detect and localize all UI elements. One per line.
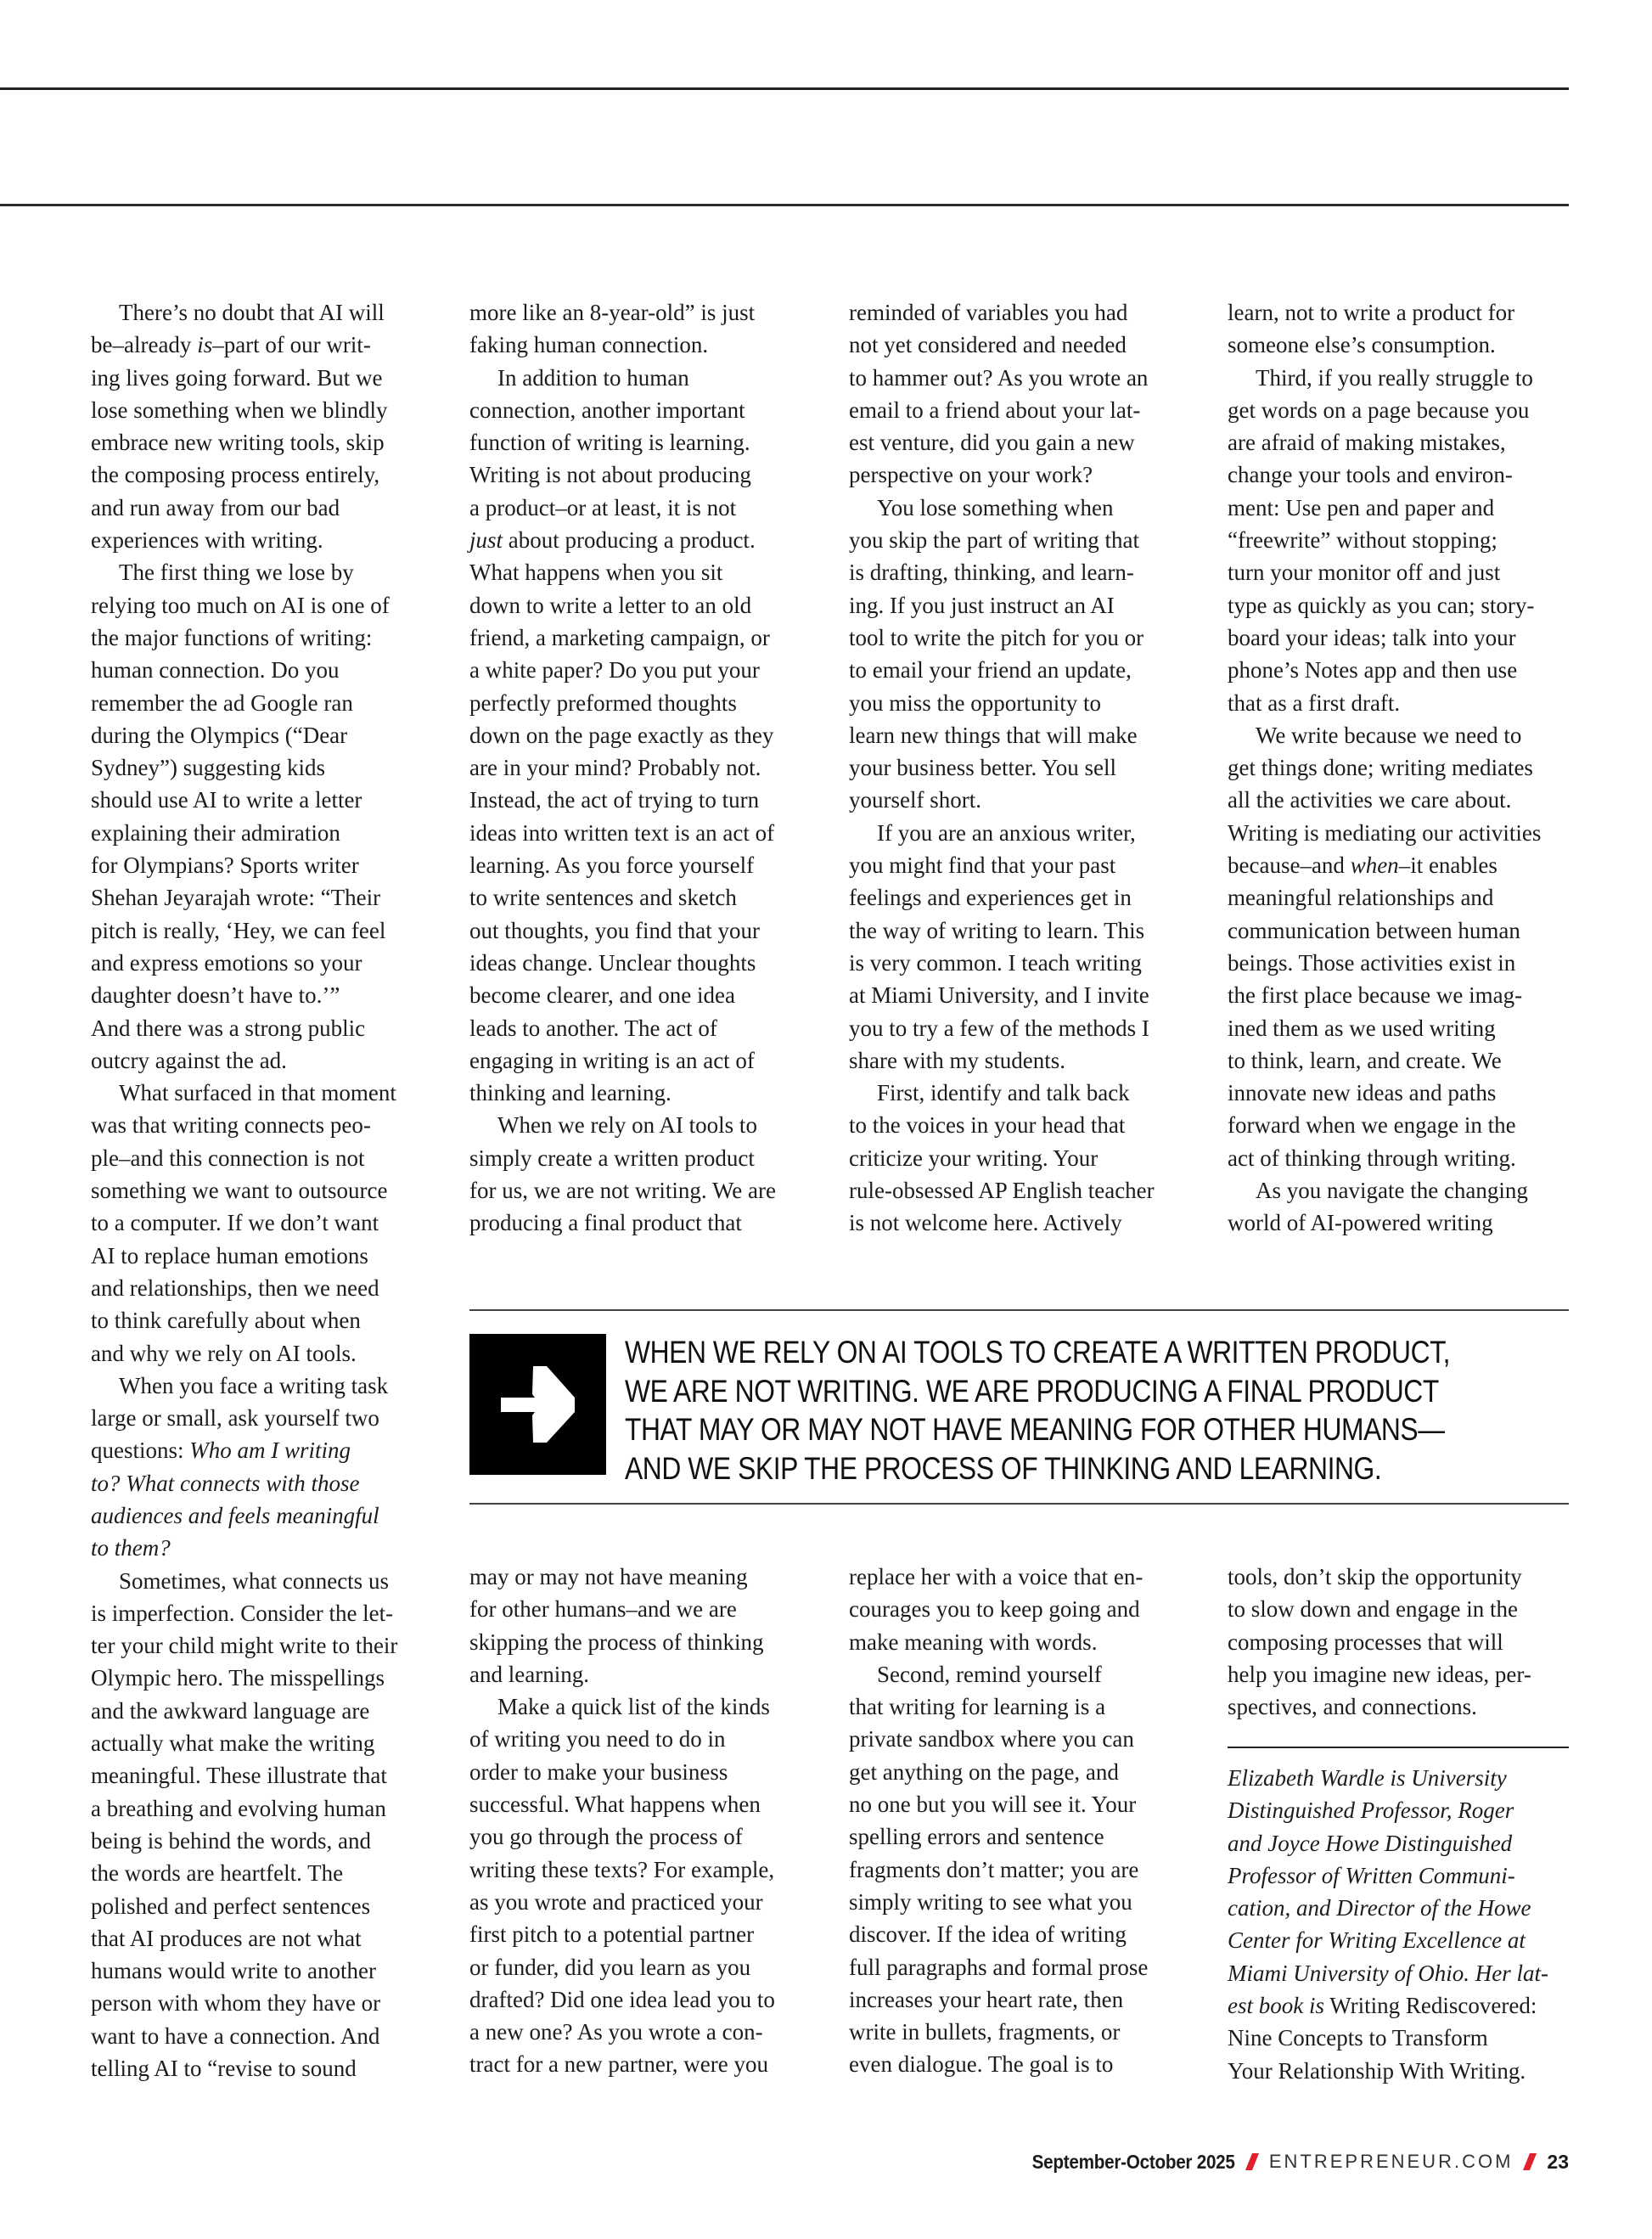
text-line: was that writing connects peo- <box>91 1109 426 1141</box>
article-column-1: There’s no doubt that AI willbe–already … <box>91 296 426 2084</box>
text-line: to a computer. If we don’t want <box>91 1207 426 1239</box>
text-line: are in your mind? Probably not. <box>469 751 805 784</box>
text-line: explaining their admiration <box>91 817 426 849</box>
text-line: daughter doesn’t have to.’” <box>91 979 426 1011</box>
text-line: increases your heart rate, then <box>849 1983 1184 2016</box>
text-line: human connection. Do you <box>91 654 426 686</box>
text-line: Shehan Jeyarajah wrote: “Their <box>91 881 426 914</box>
text-line: Sydney”) suggesting kids <box>91 751 426 784</box>
text-line: In addition to human <box>469 362 805 394</box>
page-number: 23 <box>1547 2151 1569 2174</box>
text-line: to write sentences and sketch <box>469 881 805 914</box>
arrow-right-icon <box>469 1334 606 1475</box>
text-line: polished and perfect sentences <box>91 1890 426 1922</box>
text-line: Third, if you really struggle to <box>1228 362 1563 394</box>
issue-date: September-October 2025 <box>1032 2151 1235 2174</box>
text-line: to them? <box>91 1532 426 1564</box>
text-line: that as a first draft. <box>1228 687 1563 719</box>
text-line: friend, a marketing campaign, or <box>469 622 805 654</box>
text-line: The first thing we lose by <box>91 556 426 588</box>
text-line: to think carefully about when <box>91 1304 426 1336</box>
text-line: When you face a writing task <box>91 1370 426 1402</box>
text-line: forward when we engage in the <box>1228 1109 1563 1141</box>
text-line: someone else’s consumption. <box>1228 329 1563 361</box>
text-line: learning. As you force yourself <box>469 849 805 881</box>
pull-quote-rule-top <box>469 1309 1569 1311</box>
text-line: the words are heartfelt. The <box>91 1857 426 1889</box>
text-line: at Miami University, and I invite <box>849 979 1184 1011</box>
text-line: private sandbox where you can <box>849 1723 1184 1755</box>
text-line: discover. If the idea of writing <box>849 1918 1184 1950</box>
text-line: Center for Writing Excellence at <box>1228 1924 1563 1956</box>
text-line: outcry against the ad. <box>91 1044 426 1077</box>
text-line: get words on a page because you <box>1228 394 1563 426</box>
text-line: turn your monitor off and just <box>1228 556 1563 588</box>
text-line: perfectly preformed thoughts <box>469 687 805 719</box>
text-line: Nine Concepts to Transform <box>1228 2022 1563 2054</box>
text-line: function of writing is learning. <box>469 426 805 458</box>
text-line: est venture, did you gain a new <box>849 426 1184 458</box>
text-line: composing processes that will <box>1228 1626 1563 1658</box>
text-line: engaging in writing is an act of <box>469 1044 805 1077</box>
text-line: to? What connects with those <box>91 1467 426 1499</box>
text-line: ment: Use pen and paper and <box>1228 492 1563 524</box>
text-line: leads to another. The act of <box>469 1012 805 1044</box>
text-line: ideas change. Unclear thoughts <box>469 947 805 979</box>
text-line: you might find that your past <box>849 849 1184 881</box>
text-line: to email your friend an update, <box>849 654 1184 686</box>
text-line: make meaning with words. <box>849 1626 1184 1658</box>
text-line: out thoughts, you find that your <box>469 914 805 947</box>
text-line: Writing is not about producing <box>469 458 805 491</box>
pull-quote-line: WE ARE NOT WRITING. WE ARE PRODUCING A F… <box>625 1372 1436 1411</box>
text-line: Elizabeth Wardle is University <box>1228 1762 1563 1794</box>
text-line: yourself short. <box>849 784 1184 816</box>
text-line: actually what make the writing <box>91 1727 426 1759</box>
text-line: to the voices in your head that <box>849 1109 1184 1141</box>
text-line: the first place because we imag- <box>1228 979 1563 1011</box>
pull-quote-text: WHEN WE RELY ON AI TOOLS TO CREATE A WRI… <box>625 1333 1436 1488</box>
text-line: type as quickly as you can; story- <box>1228 589 1563 622</box>
text-line: connection, another important <box>469 394 805 426</box>
text-line: the way of writing to learn. This <box>849 914 1184 947</box>
text-line: a white paper? Do you put your <box>469 654 805 686</box>
text-line: Olympic hero. The misspellings <box>91 1662 426 1694</box>
text-line: be–already is–part of our writ- <box>91 329 426 361</box>
text-line: tool to write the pitch for you or <box>849 622 1184 654</box>
pull-quote-rule-bottom <box>469 1503 1569 1505</box>
text-line: are afraid of making mistakes, <box>1228 426 1563 458</box>
text-line: and run away from our bad <box>91 492 426 524</box>
article-column-3-top: reminded of variables you hadnot yet con… <box>849 296 1184 1240</box>
text-line: full paragraphs and formal prose <box>849 1951 1184 1983</box>
text-line: for Olympians? Sports writer <box>91 849 426 881</box>
text-line: meaningful relationships and <box>1228 881 1563 914</box>
text-line: successful. What happens when <box>469 1788 805 1820</box>
text-line: ined them as we used writing <box>1228 1012 1563 1044</box>
text-line: Second, remind yourself <box>849 1658 1184 1691</box>
text-line: and why we rely on AI tools. <box>91 1337 426 1370</box>
text-line: write in bullets, fragments, or <box>849 2016 1184 2048</box>
text-line: and relationships, then we need <box>91 1272 426 1304</box>
text-line: to hammer out? As you wrote an <box>849 362 1184 394</box>
text-line: communication between human <box>1228 914 1563 947</box>
pull-quote-line: WHEN WE RELY ON AI TOOLS TO CREATE A WRI… <box>625 1333 1436 1372</box>
text-line: the major functions of writing: <box>91 622 426 654</box>
text-line: you go through the process of <box>469 1820 805 1853</box>
text-line: spelling errors and sentence <box>849 1820 1184 1853</box>
text-line: your business better. You sell <box>849 751 1184 784</box>
text-line: may or may not have meaning <box>469 1561 805 1593</box>
text-line: There’s no doubt that AI will <box>91 296 426 329</box>
author-bio: Elizabeth Wardle is UniversityDistinguis… <box>1228 1762 1563 2087</box>
text-line: that AI produces are not what <box>91 1922 426 1955</box>
text-line: Professor of Written Communi- <box>1228 1859 1563 1892</box>
text-line: courages you to keep going and <box>849 1593 1184 1625</box>
pull-quote-icon-box <box>469 1334 606 1475</box>
text-line: you skip the part of writing that <box>849 524 1184 556</box>
text-line: person with whom they have or <box>91 1987 426 2019</box>
text-line: for us, we are not writing. We are <box>469 1174 805 1207</box>
slash-divider-icon <box>1245 2153 1259 2170</box>
text-line: more like an 8-year-old” is just <box>469 296 805 329</box>
text-line: down to write a letter to an old <box>469 589 805 622</box>
text-line: and Joyce Howe Distinguished <box>1228 1827 1563 1859</box>
text-line: Instead, the act of trying to turn <box>469 784 805 816</box>
text-line: a breathing and evolving human <box>91 1792 426 1825</box>
article-column-2-bottom: may or may not have meaningfor other hum… <box>469 1561 805 2081</box>
text-line: all the activities we care about. <box>1228 784 1563 816</box>
text-line: learn, not to write a product for <box>1228 296 1563 329</box>
text-line: innovate new ideas and paths <box>1228 1077 1563 1109</box>
text-line: even dialogue. The goal is to <box>849 2048 1184 2080</box>
text-line: during the Olympics (“Dear <box>91 719 426 751</box>
text-line: as you wrote and practiced your <box>469 1886 805 1918</box>
article-column-2-top: more like an 8-year-old” is justfaking h… <box>469 296 805 1240</box>
text-line: humans would write to another <box>91 1955 426 1987</box>
text-line: just about producing a product. <box>469 524 805 556</box>
text-line: thinking and learning. <box>469 1077 805 1109</box>
text-line: learn new things that will make <box>849 719 1184 751</box>
text-line: email to a friend about your lat- <box>849 394 1184 426</box>
pull-quote-line: THAT MAY OR MAY NOT HAVE MEANING FOR OTH… <box>625 1410 1436 1449</box>
text-line: AI to replace human emotions <box>91 1240 426 1272</box>
text-line: ing. If you just instruct an AI <box>849 589 1184 622</box>
text-line: become clearer, and one idea <box>469 979 805 1011</box>
text-line: As you navigate the changing <box>1228 1174 1563 1207</box>
text-line: criticize your writing. Your <box>849 1142 1184 1174</box>
pull-quote-line: AND WE SKIP THE PROCESS OF THINKING AND … <box>625 1449 1436 1488</box>
text-line: producing a final product that <box>469 1207 805 1239</box>
website-link[interactable]: ENTREPRENEUR.COM <box>1269 2151 1514 2173</box>
author-bio-rule <box>1228 1747 1569 1748</box>
text-line: is imperfection. Consider the let- <box>91 1597 426 1629</box>
text-line: get anything on the page, and <box>849 1756 1184 1788</box>
text-line: cation, and Director of the Howe <box>1228 1892 1563 1924</box>
text-line: meaningful. These illustrate that <box>91 1759 426 1792</box>
slash-divider-icon <box>1523 2153 1537 2170</box>
text-line: What happens when you sit <box>469 556 805 588</box>
text-line: remember the ad Google ran <box>91 687 426 719</box>
text-line: ple–and this connection is not <box>91 1142 426 1174</box>
text-line: What surfaced in that moment <box>91 1077 426 1109</box>
text-line: you miss the opportunity to <box>849 687 1184 719</box>
text-line: board your ideas; talk into your <box>1228 622 1563 654</box>
text-line: ideas into written text is an act of <box>469 817 805 849</box>
text-line: help you imagine new ideas, per- <box>1228 1658 1563 1691</box>
text-line: drafted? Did one idea lead you to <box>469 1983 805 2016</box>
text-line: something we want to outsource <box>91 1174 426 1207</box>
text-line: experiences with writing. <box>91 524 426 556</box>
text-line: When we rely on AI tools to <box>469 1109 805 1141</box>
text-line: a new one? As you wrote a con- <box>469 2016 805 2048</box>
text-line: beings. Those activities exist in <box>1228 947 1563 979</box>
text-line: tools, don’t skip the opportunity <box>1228 1561 1563 1593</box>
text-line: or funder, did you learn as you <box>469 1951 805 1983</box>
text-line: “freewrite” without stopping; <box>1228 524 1563 556</box>
text-line: questions: Who am I writing <box>91 1434 426 1466</box>
text-line: that writing for learning is a <box>849 1691 1184 1723</box>
text-line: pitch is really, ‘Hey, we can feel <box>91 914 426 947</box>
text-line: Sometimes, what connects us <box>91 1565 426 1597</box>
text-line: world of AI-powered writing <box>1228 1207 1563 1239</box>
text-line: and the awkward language are <box>91 1695 426 1727</box>
text-line: down on the page exactly as they <box>469 719 805 751</box>
text-line: is very common. I teach writing <box>849 947 1184 979</box>
text-line: a product–or at least, it is not <box>469 492 805 524</box>
article-column-3-bottom: replace her with a voice that en-courage… <box>849 1561 1184 2081</box>
article-column-4-bottom: tools, don’t skip the opportunityto slow… <box>1228 1561 1563 1723</box>
text-line: telling AI to “revise to sound <box>91 2052 426 2084</box>
text-line: faking human connection. <box>469 329 805 361</box>
text-line: get things done; writing mediates <box>1228 751 1563 784</box>
text-line: Your Relationship With Writing. <box>1228 2055 1563 2087</box>
text-line: embrace new writing tools, skip <box>91 426 426 458</box>
text-line: feelings and experiences get in <box>849 881 1184 914</box>
text-line: and learning. <box>469 1658 805 1691</box>
text-line: perspective on your work? <box>849 458 1184 491</box>
text-line: simply writing to see what you <box>849 1886 1184 1918</box>
text-line: writing these texts? For example, <box>469 1854 805 1886</box>
text-line: Distinguished Professor, Roger <box>1228 1794 1563 1826</box>
text-line: skipping the process of thinking <box>469 1626 805 1658</box>
text-line: audiences and feels meaningful <box>91 1499 426 1532</box>
text-line: tract for a new partner, were you <box>469 2048 805 2080</box>
text-line: want to have a connection. And <box>91 2020 426 2052</box>
text-line: and express emotions so your <box>91 947 426 979</box>
text-line: First, identify and talk back <box>849 1077 1184 1109</box>
text-line: should use AI to write a letter <box>91 784 426 816</box>
text-line: spectives, and connections. <box>1228 1691 1563 1723</box>
text-line: order to make your business <box>469 1756 805 1788</box>
text-line: because–and when–it enables <box>1228 849 1563 881</box>
text-line: rule-obsessed AP English teacher <box>849 1174 1184 1207</box>
text-line: act of thinking through writing. <box>1228 1142 1563 1174</box>
text-line: ing lives going forward. But we <box>91 362 426 394</box>
text-line: the composing process entirely, <box>91 458 426 491</box>
text-line: share with my students. <box>849 1044 1184 1077</box>
text-line: to slow down and engage in the <box>1228 1593 1563 1625</box>
text-line: large or small, ask yourself two <box>91 1402 426 1434</box>
text-line: you to try a few of the methods I <box>849 1012 1184 1044</box>
text-line: of writing you need to do in <box>469 1723 805 1755</box>
text-line: simply create a written product <box>469 1142 805 1174</box>
text-line: Writing is mediating our activities <box>1228 817 1563 849</box>
text-line: is not welcome here. Actively <box>849 1207 1184 1239</box>
text-line: for other humans–and we are <box>469 1593 805 1625</box>
header-rule-top <box>0 87 1569 90</box>
text-line: Make a quick list of the kinds <box>469 1691 805 1723</box>
text-line: fragments don’t matter; you are <box>849 1854 1184 1886</box>
text-line: You lose something when <box>849 492 1184 524</box>
text-line: And there was a strong public <box>91 1012 426 1044</box>
text-line: Miami University of Ohio. Her lat- <box>1228 1957 1563 1989</box>
text-line: relying too much on AI is one of <box>91 589 426 622</box>
text-line: We write because we need to <box>1228 719 1563 751</box>
text-line: not yet considered and needed <box>849 329 1184 361</box>
text-line: to think, learn, and create. We <box>1228 1044 1563 1077</box>
page-footer: September-October 2025 ENTREPRENEUR.COM … <box>1009 2148 1569 2175</box>
text-line: first pitch to a potential partner <box>469 1918 805 1950</box>
text-line: replace her with a voice that en- <box>849 1561 1184 1593</box>
text-line: ter your child might write to their <box>91 1629 426 1662</box>
text-line: lose something when we blindly <box>91 394 426 426</box>
text-line: no one but you will see it. Your <box>849 1788 1184 1820</box>
text-line: change your tools and environ- <box>1228 458 1563 491</box>
text-line: being is behind the words, and <box>91 1825 426 1857</box>
text-line: is drafting, thinking, and learn- <box>849 556 1184 588</box>
text-line: reminded of variables you had <box>849 296 1184 329</box>
text-line: phone’s Notes app and then use <box>1228 654 1563 686</box>
header-rule-bottom <box>0 204 1569 206</box>
text-line: If you are an anxious writer, <box>849 817 1184 849</box>
text-line: est book is Writing Rediscovered: <box>1228 1989 1563 2022</box>
article-column-4-top: learn, not to write a product forsomeone… <box>1228 296 1563 1240</box>
